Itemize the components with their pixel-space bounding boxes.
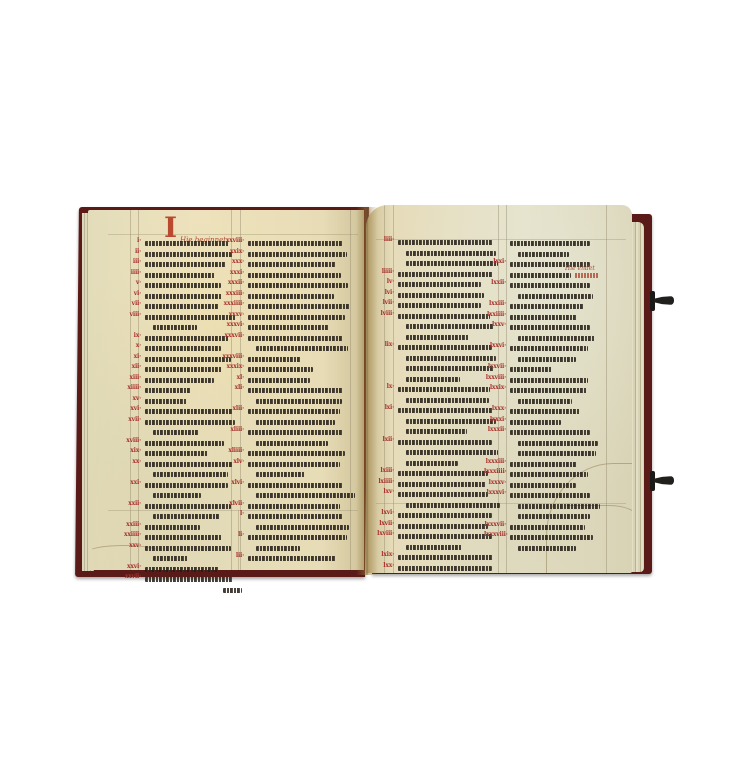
script-text xyxy=(145,388,191,393)
script-text xyxy=(510,367,552,372)
line-rubric: lix· xyxy=(372,340,394,351)
script-text xyxy=(518,357,576,362)
script-text xyxy=(518,546,576,551)
script-text xyxy=(510,483,576,488)
line-rubric: xlvi· xyxy=(222,478,244,489)
line-rubric: xxiii· xyxy=(119,520,141,531)
manuscript-line: xviii· xyxy=(145,436,250,447)
script-text xyxy=(153,493,201,498)
manuscript-line: lxxxiiii· xyxy=(510,467,620,478)
manuscript-line xyxy=(510,436,620,447)
script-text xyxy=(145,346,221,351)
script-text xyxy=(510,388,587,393)
script-text xyxy=(145,504,231,509)
script-text xyxy=(406,503,500,508)
line-rubric: lxxxvi· xyxy=(484,488,506,499)
manuscript-photo: I Hie beginnet i·ii·iii·iiii·v·vi·vii·vi… xyxy=(0,0,755,780)
manuscript-line xyxy=(248,341,366,352)
script-text xyxy=(145,241,229,246)
manuscript-line: xxvii· xyxy=(145,572,250,583)
manuscript-line: xliiii· xyxy=(248,446,366,457)
line-rubric: lxxvi· xyxy=(484,341,506,352)
line-rubric: xxvi· xyxy=(119,562,141,573)
script-text xyxy=(510,493,590,498)
manuscript-line: xvii· xyxy=(145,415,250,426)
line-rubric: x· xyxy=(119,341,141,352)
manuscript-line: xxxix· xyxy=(248,362,366,373)
script-text xyxy=(145,441,224,446)
script-text xyxy=(248,535,347,540)
script-text xyxy=(248,367,313,372)
script-text xyxy=(248,294,334,299)
manuscript-line xyxy=(398,330,508,341)
line-rubric: liiii· xyxy=(372,267,394,278)
script-text xyxy=(145,252,233,257)
script-text xyxy=(248,514,343,519)
manuscript-line: xxix· xyxy=(248,247,366,258)
line-rubric: xi· xyxy=(119,352,141,363)
script-text xyxy=(406,356,496,361)
line-rubric: xlv· xyxy=(222,457,244,468)
script-text xyxy=(256,399,342,404)
manuscript-line: xv· xyxy=(145,394,250,405)
manuscript-line xyxy=(510,446,620,457)
script-text xyxy=(510,273,571,278)
script-text xyxy=(398,272,493,277)
manuscript-line: xlvii· xyxy=(248,499,366,510)
script-text xyxy=(398,471,488,476)
line-rubric: vi· xyxy=(119,289,141,300)
line-rubric: xliiii· xyxy=(222,446,244,457)
line-rubric: lvi· xyxy=(372,288,394,299)
script-text xyxy=(398,482,486,487)
script-text xyxy=(518,252,569,257)
script-text xyxy=(398,282,481,287)
manuscript-line: x· xyxy=(145,341,250,352)
manuscript-line: liiii· xyxy=(398,267,508,278)
script-text xyxy=(256,546,300,551)
manuscript-line xyxy=(145,467,250,478)
line-rubric: lxxiiii· xyxy=(484,310,506,321)
manuscript-line: xxv· xyxy=(145,541,250,552)
script-text xyxy=(518,294,593,299)
script-text xyxy=(398,345,492,350)
script-text xyxy=(145,525,200,530)
manuscript-line: lxxv· xyxy=(510,320,620,331)
script-text xyxy=(256,493,355,498)
manuscript-line: lvi· xyxy=(398,288,508,299)
script-text xyxy=(406,429,467,434)
line-rubric: xxii· xyxy=(119,499,141,510)
manuscript-line: l· xyxy=(248,509,366,520)
line-rubric: lxxv· xyxy=(484,320,506,331)
script-text xyxy=(256,420,335,425)
manuscript-line xyxy=(248,436,366,447)
script-text xyxy=(248,241,343,246)
script-text xyxy=(145,577,233,582)
line-rubric: xv· xyxy=(119,394,141,405)
line-rubric: l· xyxy=(222,509,244,520)
script-text xyxy=(510,420,561,425)
script-text xyxy=(518,399,572,404)
script-text xyxy=(145,451,208,456)
manuscript-line xyxy=(145,583,250,594)
manuscript-line xyxy=(510,289,620,300)
script-text xyxy=(510,241,590,246)
script-text xyxy=(518,441,598,446)
script-text xyxy=(248,283,348,288)
manuscript-line xyxy=(398,540,508,551)
column-rubric: Hie endet xyxy=(565,265,595,272)
manuscript-line: xxxvi· xyxy=(248,320,366,331)
left-page-column-2: xxviii·xxix·xxx·xxxi·xxxii·xxxiii·xxxiii… xyxy=(248,236,366,562)
manuscript-line: lxxii· xyxy=(510,278,620,289)
script-text xyxy=(398,513,492,518)
script-text xyxy=(145,273,215,278)
line-rubric: lxvi· xyxy=(372,508,394,519)
manuscript-line xyxy=(398,393,508,404)
line-rubric: xliii· xyxy=(222,425,244,436)
manuscript-line: lxxxv· xyxy=(510,478,620,489)
script-text xyxy=(153,430,199,435)
line-rubric: ix· xyxy=(119,331,141,342)
script-text xyxy=(145,378,214,383)
line-rubric: lviii· xyxy=(372,309,394,320)
line-rubric: lxxix· xyxy=(484,383,506,394)
line-rubric: lxxxiii· xyxy=(484,457,506,468)
manuscript-line: lxxxvii· xyxy=(510,520,620,531)
script-text xyxy=(145,409,233,414)
script-text xyxy=(510,304,584,309)
red-script-text xyxy=(575,273,599,278)
manuscript-line xyxy=(510,394,620,405)
script-text xyxy=(145,262,226,267)
script-text xyxy=(145,304,219,309)
manuscript-line xyxy=(398,498,508,509)
line-rubric: lxxii· xyxy=(484,278,506,289)
manuscript-line xyxy=(398,351,508,362)
line-rubric: xxxiii· xyxy=(222,289,244,300)
script-text xyxy=(248,262,336,267)
script-text xyxy=(248,451,345,456)
script-text xyxy=(398,566,492,571)
manuscript-line xyxy=(398,246,508,257)
manuscript-line: lxxiii· xyxy=(510,299,620,310)
manuscript-line xyxy=(248,488,366,499)
line-rubric: lx· xyxy=(372,382,394,393)
manuscript-line: xxxi· xyxy=(248,268,366,279)
line-rubric: v· xyxy=(119,278,141,289)
manuscript-line: lxxvii· xyxy=(510,362,620,373)
line-rubric: viii· xyxy=(119,310,141,321)
line-rubric: lxxxi· xyxy=(484,415,506,426)
script-text xyxy=(398,555,493,560)
script-text xyxy=(406,450,498,455)
manuscript-line xyxy=(510,499,620,510)
script-text xyxy=(510,472,588,477)
line-rubric: xxxi· xyxy=(222,268,244,279)
line-rubric: vii· xyxy=(119,299,141,310)
script-text xyxy=(256,525,349,530)
manuscript-line xyxy=(510,509,620,520)
script-text xyxy=(145,367,222,372)
script-text xyxy=(510,325,590,330)
script-text xyxy=(510,525,585,530)
script-text xyxy=(248,357,301,362)
script-text xyxy=(248,462,340,467)
script-text xyxy=(510,283,590,288)
line-rubric: ii· xyxy=(119,247,141,258)
manuscript-line: lxxxii· xyxy=(510,425,620,436)
manuscript-line: lii· xyxy=(248,551,366,562)
manuscript-line: lxxviii· xyxy=(510,373,620,384)
script-text xyxy=(406,398,489,403)
line-rubric: iiii· xyxy=(119,268,141,279)
script-text xyxy=(153,472,228,477)
manuscript-line: xxxvii· xyxy=(248,331,366,342)
script-text xyxy=(145,483,228,488)
manuscript-line xyxy=(145,488,250,499)
script-text xyxy=(256,346,348,351)
line-rubric: xxix· xyxy=(222,247,244,258)
script-text xyxy=(248,378,310,383)
line-rubric: xviii· xyxy=(119,436,141,447)
manuscript-line xyxy=(510,541,620,552)
manuscript-line xyxy=(248,520,366,531)
manuscript-line: lxxx· xyxy=(510,404,620,415)
script-text xyxy=(248,273,341,278)
upper-clasp-icon xyxy=(650,295,676,307)
line-rubric: lxxvii· xyxy=(484,362,506,373)
script-text xyxy=(256,472,305,477)
line-rubric: lxxxvii· xyxy=(484,520,506,531)
line-rubric: li· xyxy=(222,530,244,541)
line-rubric: lvii· xyxy=(372,298,394,309)
line-rubric: lxviii· xyxy=(372,529,394,540)
line-rubric: xiii· xyxy=(119,373,141,384)
script-text xyxy=(398,492,488,497)
script-text xyxy=(518,504,600,509)
script-text xyxy=(406,366,494,371)
script-text xyxy=(248,252,347,257)
line-rubric: lii· xyxy=(222,551,244,562)
manuscript-line xyxy=(398,445,508,456)
line-rubric: lxxx· xyxy=(484,404,506,415)
line-rubric: xxxiiii· xyxy=(222,299,244,310)
line-rubric: xxviii· xyxy=(222,236,244,247)
line-rubric: lxiiii· xyxy=(372,477,394,488)
script-text xyxy=(248,336,343,341)
line-rubric: lxxxviii· xyxy=(484,530,506,541)
manuscript-line: xli· xyxy=(248,383,366,394)
line-rubric: xxvii· xyxy=(119,572,141,583)
script-text xyxy=(406,461,458,466)
manuscript-line: lxx· xyxy=(398,561,508,572)
line-rubric: xiiii· xyxy=(119,383,141,394)
line-rubric: lxxiii· xyxy=(484,299,506,310)
line-rubric: xxiiii· xyxy=(119,530,141,541)
manuscript-line: xxviii· xyxy=(248,236,366,247)
script-text xyxy=(145,420,235,425)
script-text xyxy=(145,567,219,572)
script-text xyxy=(510,430,590,435)
line-rubric: lxxxiiii· xyxy=(484,467,506,478)
script-text xyxy=(153,514,220,519)
script-text xyxy=(406,377,460,382)
line-rubric: lv· xyxy=(372,277,394,288)
line-rubric: i· xyxy=(119,236,141,247)
script-text xyxy=(248,388,343,393)
script-text xyxy=(248,409,340,414)
manuscript-line: lxxiiii· xyxy=(510,310,620,321)
manuscript-line: xxvi· xyxy=(145,562,250,573)
manuscript-line: xxxviii· xyxy=(248,352,366,363)
script-text xyxy=(518,514,590,519)
line-rubric: xxxviii· xyxy=(222,352,244,363)
script-text xyxy=(145,546,231,551)
script-text xyxy=(510,409,580,414)
line-rubric: liii· xyxy=(372,235,394,246)
script-text xyxy=(510,315,577,320)
manuscript-line: lxxxiii· xyxy=(510,457,620,468)
script-text xyxy=(398,524,488,529)
manuscript-line xyxy=(510,247,620,258)
manuscript-line: lxii· xyxy=(398,435,508,446)
line-rubric: xlii· xyxy=(222,404,244,415)
manuscript-line xyxy=(248,415,366,426)
line-rubric: xxv· xyxy=(119,541,141,552)
line-rubric: lxiii· xyxy=(372,466,394,477)
script-text xyxy=(398,240,493,245)
manuscript-line xyxy=(510,352,620,363)
line-rubric: xix· xyxy=(119,446,141,457)
manuscript-line xyxy=(510,236,620,247)
manuscript-line: xlvi· xyxy=(248,478,366,489)
script-text xyxy=(256,441,328,446)
line-rubric: lxx· xyxy=(372,561,394,572)
manuscript-line: xxxii· xyxy=(248,278,366,289)
manuscript-line: xlii· xyxy=(248,404,366,415)
right-page-column-2: lxxi·lxxii·lxxiii·lxxiiii·lxxv·lxxvi·lxx… xyxy=(510,236,620,551)
script-text xyxy=(398,408,493,413)
script-text xyxy=(248,430,343,435)
script-text xyxy=(398,314,490,319)
line-rubric: xxxvii· xyxy=(222,331,244,342)
manuscript-line: lxxvi· xyxy=(510,341,620,352)
line-rubric: lxxi· xyxy=(484,257,506,268)
script-text xyxy=(398,440,492,445)
manuscript-line xyxy=(510,331,620,342)
script-text xyxy=(510,346,588,351)
manuscript-line: xxxiii· xyxy=(248,289,366,300)
line-rubric: xl· xyxy=(222,373,244,384)
script-text xyxy=(406,545,462,550)
script-text xyxy=(398,293,484,298)
script-text xyxy=(398,303,481,308)
line-rubric: xxxvi· xyxy=(222,320,244,331)
line-rubric: xxi· xyxy=(119,478,141,489)
line-rubric: xvi· xyxy=(119,404,141,415)
script-text xyxy=(248,556,336,561)
script-text xyxy=(145,294,222,299)
script-text xyxy=(406,251,496,256)
manuscript-line: liii· xyxy=(398,235,508,246)
line-rubric: xii· xyxy=(119,362,141,373)
script-text xyxy=(153,325,197,330)
manuscript-line: lxxxi· xyxy=(510,415,620,426)
line-rubric: xvii· xyxy=(119,415,141,426)
script-text xyxy=(153,556,188,561)
script-text xyxy=(406,419,496,424)
line-rubric: xx· xyxy=(119,457,141,468)
manuscript-line: xxiii· xyxy=(145,520,250,531)
line-rubric: xxxix· xyxy=(222,362,244,373)
line-rubric: lxv· xyxy=(372,487,394,498)
manuscript-line xyxy=(248,467,366,478)
line-rubric: lxii· xyxy=(372,435,394,446)
manuscript-line: li· xyxy=(248,530,366,541)
script-text xyxy=(398,534,492,539)
manuscript-line xyxy=(248,541,366,552)
manuscript-line: lxxix· xyxy=(510,383,620,394)
script-text xyxy=(510,378,588,383)
line-rubric: lxxxii· xyxy=(484,425,506,436)
lower-clasp-icon xyxy=(650,475,676,487)
script-text xyxy=(145,357,231,362)
script-text xyxy=(510,462,577,467)
script-text xyxy=(145,462,233,467)
line-rubric: lxi· xyxy=(372,403,394,414)
script-text xyxy=(406,324,494,329)
script-text xyxy=(145,283,221,288)
line-rubric: lxvii· xyxy=(372,519,394,530)
script-text xyxy=(248,325,329,330)
script-text xyxy=(223,588,242,593)
script-text xyxy=(145,535,222,540)
manuscript-line: lxxxviii· xyxy=(510,530,620,541)
manuscript-line: lxix· xyxy=(398,550,508,561)
manuscript-line: xliii· xyxy=(248,425,366,436)
manuscript-line: xlv· xyxy=(248,457,366,468)
line-rubric: lxxviii· xyxy=(484,373,506,384)
line-rubric: iii· xyxy=(119,257,141,268)
script-text xyxy=(248,315,345,320)
manuscript-line: lxvi· xyxy=(398,508,508,519)
script-text xyxy=(398,387,490,392)
script-text xyxy=(406,335,469,340)
line-rubric: xxxii· xyxy=(222,278,244,289)
script-text xyxy=(248,504,340,509)
manuscript-line xyxy=(248,394,366,405)
manuscript-line: xxxiiii· xyxy=(248,299,366,310)
line-rubric: xli· xyxy=(222,383,244,394)
line-rubric: lxix· xyxy=(372,550,394,561)
line-rubric: xxx· xyxy=(222,257,244,268)
manuscript-line: xl· xyxy=(248,373,366,384)
line-rubric: xxxv· xyxy=(222,310,244,321)
line-rubric: xlvii· xyxy=(222,499,244,510)
script-text xyxy=(145,399,187,404)
script-text xyxy=(248,483,343,488)
manuscript-line: xxxv· xyxy=(248,310,366,321)
manuscript-line: lxxxvi· xyxy=(510,488,620,499)
manuscript-line: xxx· xyxy=(248,257,366,268)
script-text xyxy=(510,535,593,540)
script-text xyxy=(145,336,229,341)
script-text xyxy=(248,304,350,309)
script-text xyxy=(518,336,595,341)
line-rubric: lxxxv· xyxy=(484,478,506,489)
